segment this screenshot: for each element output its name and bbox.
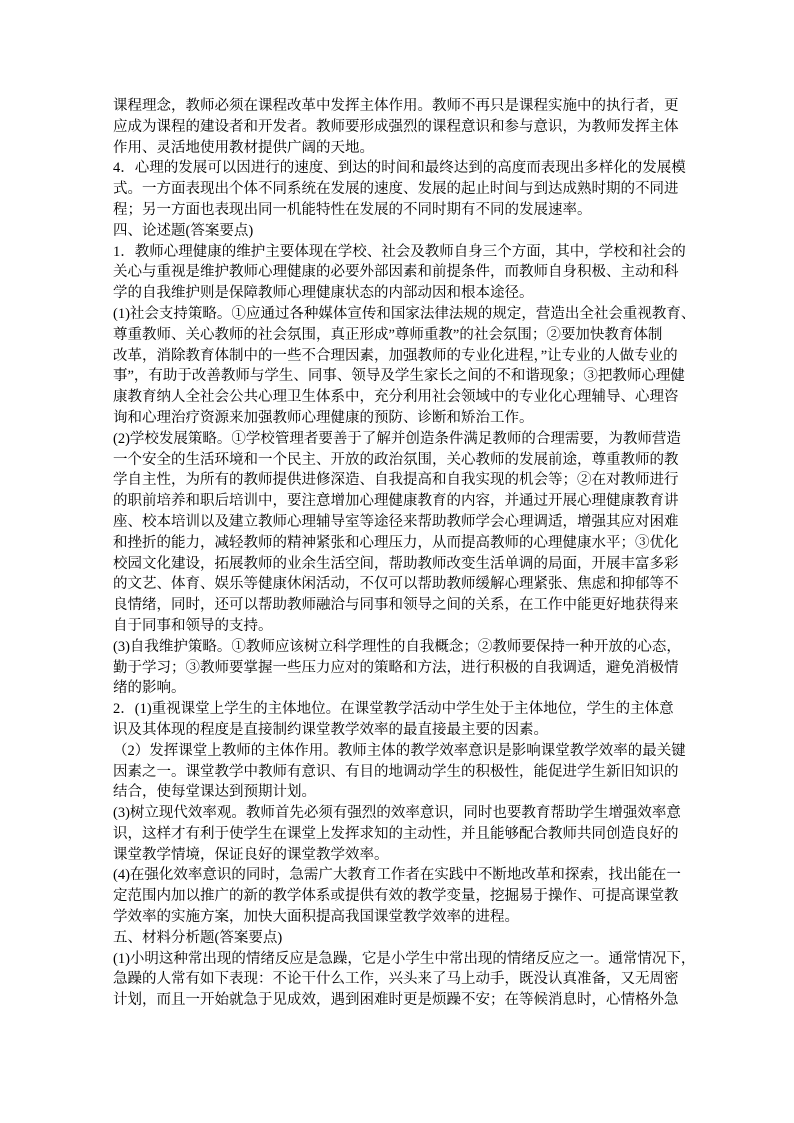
text-line: （2）发挥课堂上教师的主体作用。教师主体的教学效率意识是影响课堂教学效率的最关键 bbox=[113, 741, 685, 762]
text-line: 尊重教师、关心教师的社会氛围，真正形成”尊师重教”的社会氛围；②要加快教育体制 bbox=[113, 325, 685, 346]
text-line: 自于同事和领导的支持。 bbox=[113, 616, 685, 637]
text-line: 课程理念，教师必须在课程改革中发挥主体作用。教师不再只是课程实施中的执行者，更 bbox=[113, 96, 685, 117]
text-line: 的文艺、体育、娱乐等健康休闲活动，不仅可以帮助教师缓解心理紧张、焦虑和抑郁等不 bbox=[113, 574, 685, 595]
text-line: 五、材料分析题(答案要点) bbox=[113, 928, 685, 949]
text-line: 4．心理的发展可以因进行的速度、到达的时间和最终达到的高度而表现出多样化的发展模 bbox=[113, 158, 685, 179]
text-line: 式。一方面表现出个体不同系统在发展的速度、发展的起止时间与到达成熟时期的不同进 bbox=[113, 179, 685, 200]
text-line: 作用、灵活地使用教材提供广阔的天地。 bbox=[113, 138, 685, 159]
text-line: 良情绪，同时，还可以帮助教师融洽与同事和领导之间的关系，在工作中能更好地获得来 bbox=[113, 595, 685, 616]
text-line: 事”，有助于改善教师与学生、同事、领导及学生家长之间的不和谐现象；③把教师心理健 bbox=[113, 366, 685, 387]
text-line: 急躁的人常有如下表现：不论干什么工作，兴头来了马上动手，既没认真准备，又无周密 bbox=[113, 969, 685, 990]
text-line: (3)树立现代效率观。教师首先必须有强烈的效率意识，同时也要教育帮助学生增强效率… bbox=[113, 803, 685, 824]
text-line: 学的自我维护则是保障教师心理健康状态的内部动因和根本途径。 bbox=[113, 283, 685, 304]
text-line: (4)在强化效率意识的同时，急需广大教育工作者在实践中不断地改革和探索，找出能在… bbox=[113, 865, 685, 886]
text-line: 学效率的实施方案，加快大面积提高我国课堂教学效率的进程。 bbox=[113, 907, 685, 928]
document-text-block: 课程理念，教师必须在课程改革中发挥主体作用。教师不再只是课程实施中的执行者，更应… bbox=[113, 96, 685, 1011]
text-line: (2)学校发展策略。①学校管理者要善于了解并创造条件满足教师的合理需要，为教师营… bbox=[113, 429, 685, 450]
text-line: 改革，消除教育体制中的一些不合理因素，加强教师的专业化进程，”让专业的人做专业的 bbox=[113, 346, 685, 367]
text-line: 学自主性，为所有的教师提供进修深造、自我提高和自我实现的机会等；②在对教师进行 bbox=[113, 470, 685, 491]
text-line: 的职前培养和职后培训中，要注意增加心理健康教育的内容，并通过开展心理健康教育讲 bbox=[113, 491, 685, 512]
text-line: 座、校本培训以及建立教师心理辅导室等途径来帮助教师学会心理调适，增强其应对困难 bbox=[113, 512, 685, 533]
text-line: (1)小明这种常出现的情绪反应是急躁，它是小学生中常出现的情绪反应之一。通常情况… bbox=[113, 949, 685, 970]
text-line: 结合，使每堂课达到预期计划。 bbox=[113, 782, 685, 803]
text-line: 识及其体现的程度是直接制约课堂教学效率的最直接最主要的因素。 bbox=[113, 720, 685, 741]
text-line: 程；另一方面也表现出同一机能特性在发展的不同时期有不同的发展速率。 bbox=[113, 200, 685, 221]
text-line: 和挫折的能力，减轻教师的精神紧张和心理压力，从而提高教师的心理健康水平；③优化 bbox=[113, 533, 685, 554]
text-line: 应成为课程的建设者和开发者。教师要形成强烈的课程意识和参与意识，为教师发挥主体 bbox=[113, 117, 685, 138]
text-line: 1．教师心理健康的维护主要体现在学校、社会及教师自身三个方面，其中，学校和社会的 bbox=[113, 242, 685, 263]
text-line: 一个安全的生活环境和一个民主、开放的政治氛围，关心教师的发展前途，尊重教师的教 bbox=[113, 450, 685, 471]
text-line: 询和心理治疗资源来加强教师心理健康的预防、诊断和矫治工作。 bbox=[113, 408, 685, 429]
text-line: (1)社会支持策略。①应通过各种媒体宣传和国家法律法规的规定，营造出全社会重视教… bbox=[113, 304, 685, 325]
text-line: 关心与重视是维护教师心理健康的必要外部因素和前提条件，而教师自身积极、主动和科 bbox=[113, 262, 685, 283]
text-line: 勤于学习；③教师要掌握一些压力应对的策略和方法，进行积极的自我调适，避免消极情 bbox=[113, 658, 685, 679]
text-line: 计划，而且一开始就急于见成效，遇到困难时更是烦躁不安；在等候消息时，心情格外急 bbox=[113, 990, 685, 1011]
text-line: 校园文化建设，拓展教师的业余生活空间，帮助教师改变生活单调的局面，开展丰富多彩 bbox=[113, 554, 685, 575]
text-line: 2．(1)重视课堂上学生的主体地位。在课堂教学活动中学生处于主体地位，学生的主体… bbox=[113, 699, 685, 720]
text-line: 因素之一。课堂教学中教师有意识、有目的地调动学生的积极性，能促进学生新旧知识的 bbox=[113, 762, 685, 783]
text-line: 绪的影响。 bbox=[113, 678, 685, 699]
text-line: 定范围内加以推广的新的教学体系或提供有效的教学变量，挖掘易于操作、可提高课堂教 bbox=[113, 886, 685, 907]
text-line: 康教育纳人全社会公共心理卫生体系中，充分利用社会领域中的专业化心理辅导、心理咨 bbox=[113, 387, 685, 408]
document-page: 课程理念，教师必须在课程改革中发挥主体作用。教师不再只是课程实施中的执行者，更应… bbox=[0, 0, 794, 1123]
text-line: 识，这样才有利于使学生在课堂上发挥求知的主动性，并且能够配合教师共同创造良好的 bbox=[113, 824, 685, 845]
text-line: 四、论述题(答案要点) bbox=[113, 221, 685, 242]
text-line: 课堂教学情境，保证良好的课堂教学效率。 bbox=[113, 845, 685, 866]
text-line: (3)自我维护策略。①教师应该树立科学理性的自我概念；②教师要保持一种开放的心态… bbox=[113, 637, 685, 658]
